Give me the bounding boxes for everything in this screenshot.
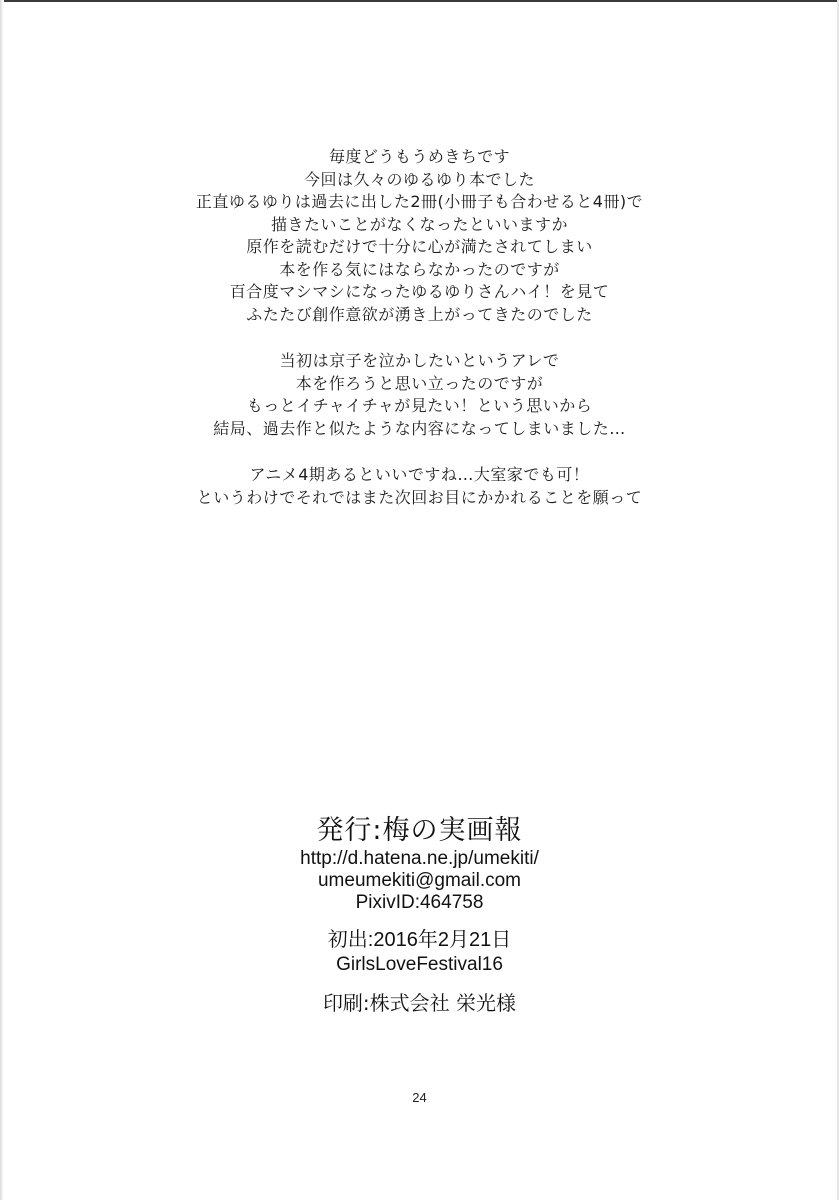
afterword-line: 当初は京子を泣かしたいというアレで (0, 350, 839, 373)
afterword-line: 正直ゆるゆりは過去に出した2冊(小冊子も合わせると4冊)で (0, 191, 839, 214)
afterword-paragraph-3: アニメ4期あるといいですね…大室家でも可！ というわけでそれではまた次回お目にか… (0, 464, 839, 509)
afterword-line: もっとイチャイチャが見たい！という思いから (0, 395, 839, 418)
scan-edge-top (0, 0, 839, 2)
afterword-line: 結局、過去作と似たような内容になってしまいました… (0, 418, 839, 441)
afterword-line: 描きたいことがなくなったといいますか (0, 214, 839, 237)
afterword-line: アニメ4期あるといいですね…大室家でも可！ (0, 464, 839, 487)
afterword-line: 本を作る気にはならなかったのですが (0, 259, 839, 282)
afterword-line: 今回は久々のゆるゆり本でした (0, 169, 839, 192)
afterword: 毎度どうもうめきちです 今回は久々のゆるゆり本でした 正直ゆるゆりは過去に出した… (0, 146, 839, 509)
printer-credit: 印刷:株式会社 栄光様 (0, 990, 839, 1016)
afterword-line: 本を作ろうと思い立ったのですが (0, 373, 839, 396)
event-name: GirlsLoveFestival16 (0, 953, 839, 976)
afterword-line: 毎度どうもうめきちです (0, 146, 839, 169)
spacer (0, 914, 839, 928)
colophon: 発行:梅の実画報 http://d.hatena.ne.jp/umekiti/ … (0, 814, 839, 1016)
first-published-date: 初出:2016年2月21日 (0, 928, 839, 953)
pixiv-id: PixivID:464758 (0, 892, 839, 914)
afterword-line: 百合度マシマシになったゆるゆりさんハイ！を見て (0, 281, 839, 304)
website-url: http://d.hatena.ne.jp/umekiti/ (0, 848, 839, 870)
page-number: 24 (0, 1090, 839, 1105)
afterword-paragraph-2: 当初は京子を泣かしたいというアレで 本を作ろうと思い立ったのですが もっとイチャ… (0, 350, 839, 440)
afterword-line: 原作を読むだけで十分に心が満たされてしまい (0, 236, 839, 259)
publisher-name: 発行:梅の実画報 (0, 814, 839, 848)
afterword-paragraph-1: 毎度どうもうめきちです 今回は久々のゆるゆり本でした 正直ゆるゆりは過去に出した… (0, 146, 839, 326)
afterword-line: というわけでそれではまた次回お目にかかれることを願って (0, 487, 839, 510)
email-address: umeumekiti@gmail.com (0, 870, 839, 892)
afterword-line: ふたたび創作意欲が湧き上がってきたのでした (0, 304, 839, 327)
